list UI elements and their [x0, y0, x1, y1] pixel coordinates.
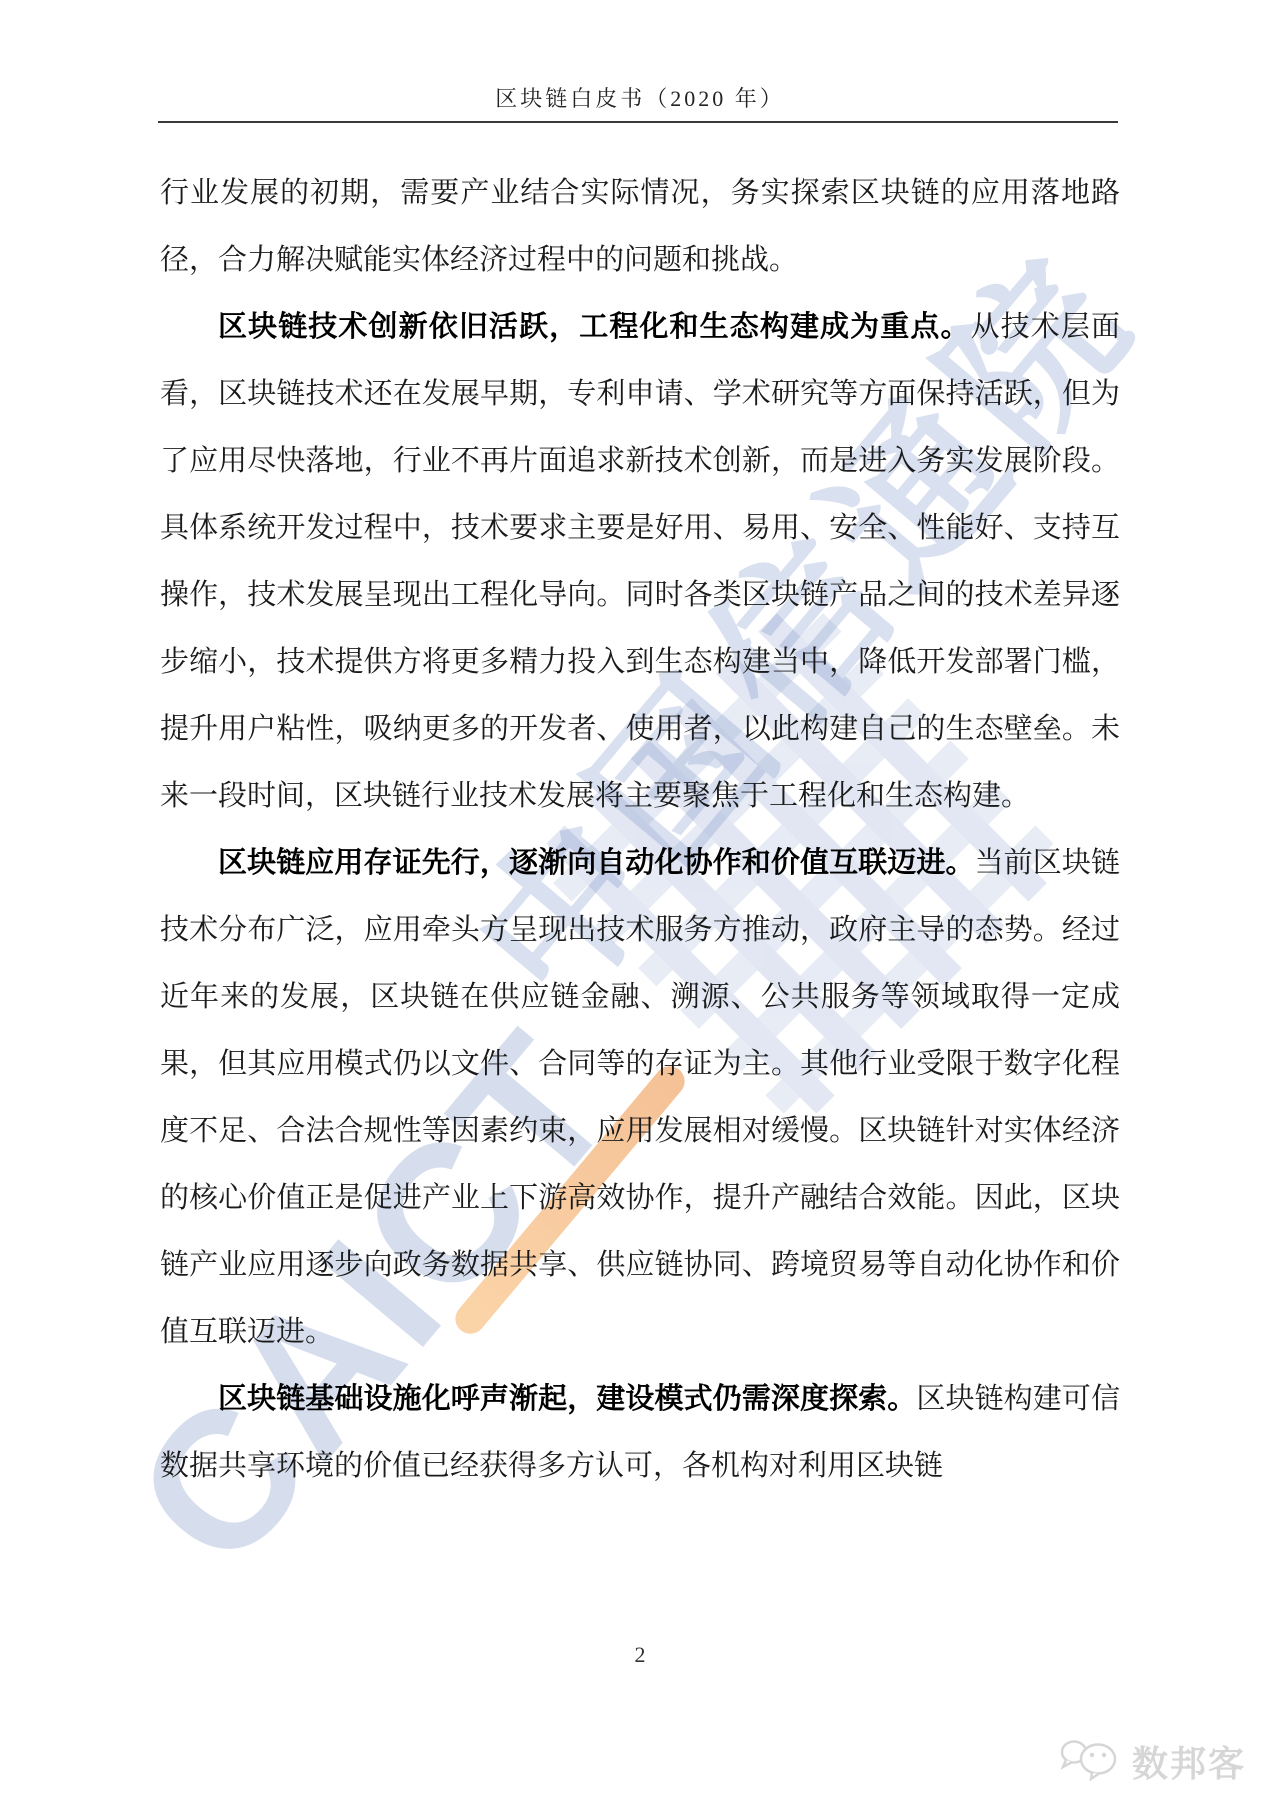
footer-brand: 数邦客 — [1058, 1736, 1246, 1787]
page-header-title: 区块链白皮书（2020 年） — [0, 82, 1280, 113]
paragraph-bold-lead: 区块链基础设施化呼声渐起，建设模式仍需深度探索。 — [218, 1383, 916, 1415]
header-divider — [158, 121, 1118, 123]
paragraph-bold-lead: 区块链技术创新依旧活跃，工程化和生态构建成为重点。 — [218, 311, 971, 343]
paragraph-text: 行业发展的初期，需要产业结合实际情况，务实探索区块链的应用落地路径，合力解决赋能… — [160, 177, 1120, 276]
paragraph: 区块链应用存证先行，逐渐向自动化协作和价值互联迈进。当前区块链技术分布广泛，应用… — [160, 830, 1120, 1366]
paragraph-text: 当前区块链技术分布广泛，应用牵头方呈现出技术服务方推动，政府主导的态势。经过近年… — [160, 847, 1120, 1348]
paragraph-text: 从技术层面看，区块链技术还在发展早期，专利申请、学术研究等方面保持活跃，但为了应… — [160, 311, 1120, 812]
page-number: 2 — [0, 1642, 1280, 1668]
footer-brand-label: 数邦客 — [1132, 1736, 1246, 1787]
paragraph-bold-lead: 区块链应用存证先行，逐渐向自动化协作和价值互联迈进。 — [218, 847, 975, 879]
document-body: 行业发展的初期，需要产业结合实际情况，务实探索区块链的应用落地路径，合力解决赋能… — [160, 160, 1120, 1500]
paragraph: 行业发展的初期，需要产业结合实际情况，务实探索区块链的应用落地路径，合力解决赋能… — [160, 160, 1120, 294]
paragraph: 区块链基础设施化呼声渐起，建设模式仍需深度探索。区块链构建可信数据共享环境的价值… — [160, 1366, 1120, 1500]
paragraph: 区块链技术创新依旧活跃，工程化和生态构建成为重点。从技术层面看，区块链技术还在发… — [160, 294, 1120, 830]
wechat-bubbles-icon — [1058, 1737, 1122, 1786]
